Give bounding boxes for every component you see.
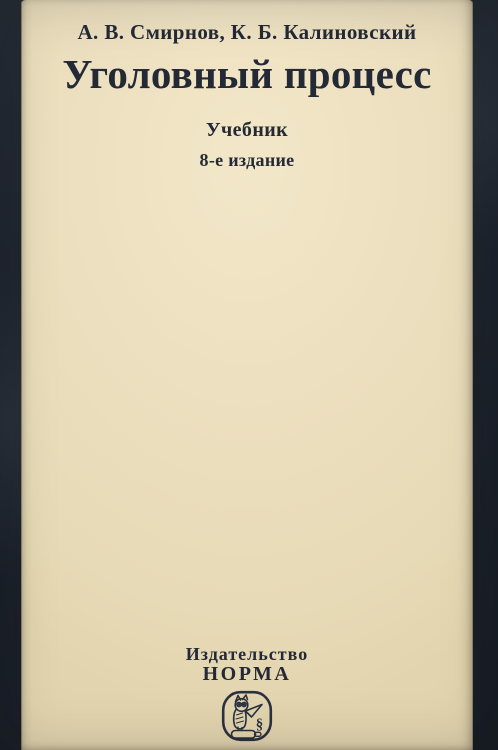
owl-pupil-right xyxy=(243,704,244,705)
owl-feather-line xyxy=(236,717,243,719)
publisher-logo: § xyxy=(21,690,473,742)
authors-line: А. В. Смирнов, К. Б. Калиновский xyxy=(21,20,473,45)
norma-owl-logo-icon: § xyxy=(221,690,273,742)
publisher-name-line1: Издательство xyxy=(21,644,473,665)
edition-label: 8-е издание xyxy=(21,150,473,171)
book-subtitle: Учебник xyxy=(21,119,473,142)
owl-feather-line xyxy=(237,721,244,723)
publisher-name-line2: НОРМА xyxy=(21,663,473,686)
book-cover: А. В. Смирнов, К. Б. Калиновский Уголовн… xyxy=(21,0,473,750)
owl-pupil-left xyxy=(238,704,239,705)
owl-feather-line xyxy=(237,713,243,715)
scroll xyxy=(232,731,256,739)
section-sign-icon: § xyxy=(256,717,264,733)
book-photo: А. В. Смирнов, К. Б. Калиновский Уголовн… xyxy=(0,0,498,750)
book-title: Уголовный процесс xyxy=(21,50,473,98)
